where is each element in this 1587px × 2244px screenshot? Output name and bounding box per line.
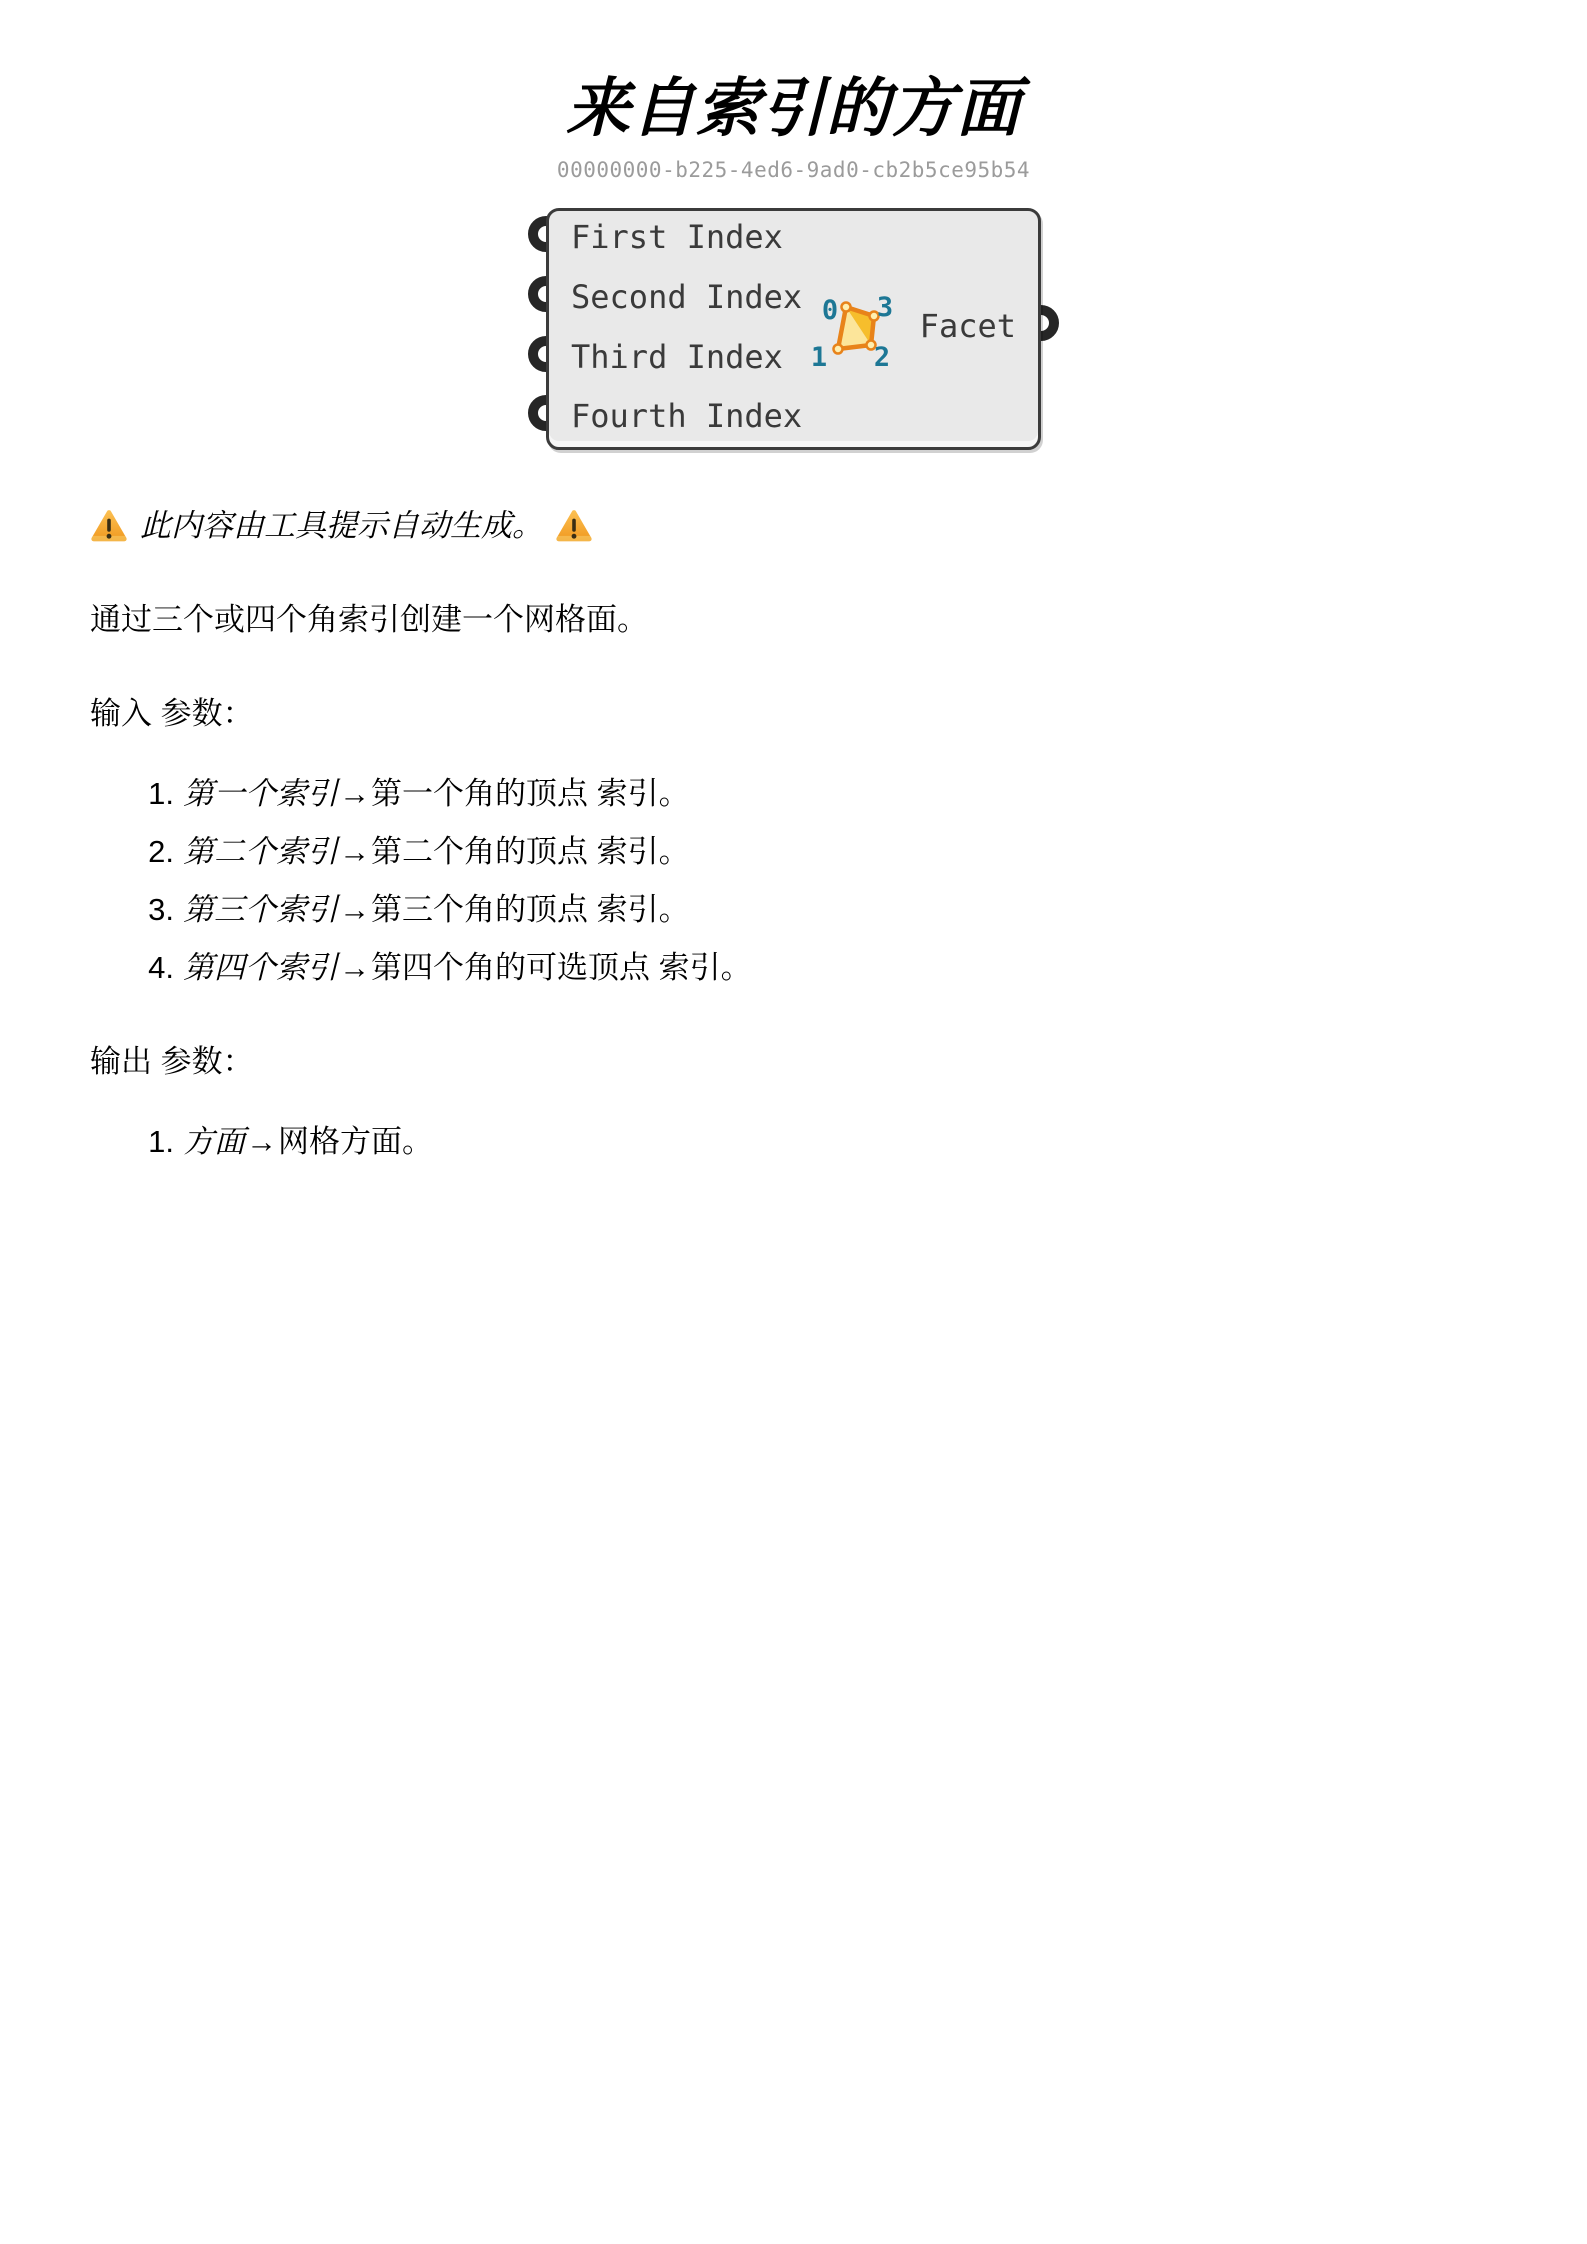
input-label-second-index: Second Index [571, 276, 802, 318]
input-param-item: 4.第四个索引→第四个角的可选顶点 索引。 [138, 946, 1497, 990]
component-uuid: 00000000-b225-4ed6-9ad0-cb2b5ce95b54 [0, 158, 1587, 182]
item-number: 4. [138, 946, 174, 990]
component-description: 通过三个或四个角索引创建一个网格面。 [90, 598, 1497, 642]
doc-header: 来自索引的方面 00000000-b225-4ed6-9ad0-cb2b5ce9… [0, 0, 1587, 182]
arrow-glyph: → [338, 776, 371, 811]
vertex-number-0: 0 [822, 295, 838, 326]
inputs-heading: 输入 参数： [90, 692, 1497, 736]
param-desc: 第二个角的顶点 索引。 [371, 834, 690, 869]
param-desc: 第三个角的顶点 索引。 [371, 892, 690, 927]
auto-generated-warning: 此内容由工具提示自动生成。 [90, 504, 1497, 548]
param-desc: 第四个角的可选顶点 索引。 [371, 950, 752, 985]
param-name: 方面 [183, 1124, 245, 1159]
param-name: 第一个索引 [183, 776, 338, 811]
param-desc: 网格方面。 [278, 1124, 433, 1159]
input-label-fourth-index: Fourth Index [571, 395, 802, 437]
input-label-first-index: First Index [571, 216, 783, 258]
arrow-glyph: → [245, 1124, 278, 1159]
input-param-item: 3.第三个索引→第三个角的顶点 索引。 [138, 888, 1497, 932]
output-label-facet: Facet [920, 305, 1016, 347]
page-title: 来自索引的方面 [0, 62, 1587, 154]
vertex-number-1: 1 [811, 342, 827, 373]
warning-text: 此内容由工具提示自动生成。 [140, 504, 543, 548]
param-name: 第三个索引 [183, 892, 338, 927]
component-diagram: First Index Second Index Third Index Fou… [546, 208, 1041, 450]
warning-icon [90, 508, 128, 544]
outputs-heading: 输出 参数： [90, 1040, 1497, 1084]
vertex-dot-0 [842, 303, 851, 312]
item-number: 3. [138, 888, 174, 932]
item-number: 2. [138, 830, 174, 874]
vertex-number-3: 3 [877, 292, 893, 323]
doc-body: 此内容由工具提示自动生成。 通过三个或四个角索引创建一个网格面。 输入 参数： … [90, 504, 1497, 1164]
arrow-glyph: → [338, 950, 371, 985]
inputs-param-list: 1.第一个索引→第一个角的顶点 索引。 2.第二个索引→第二个角的顶点 索引。 … [90, 772, 1497, 990]
outputs-param-list: 1.方面→网格方面。 [90, 1120, 1497, 1164]
param-name: 第二个索引 [183, 834, 338, 869]
input-label-third-index: Third Index [571, 336, 783, 378]
vertex-dot-1 [834, 345, 843, 354]
output-param-item: 1.方面→网格方面。 [138, 1120, 1497, 1164]
vertex-number-2: 2 [874, 342, 890, 373]
component-box: First Index Second Index Third Index Fou… [546, 208, 1041, 450]
mesh-facet-icon: 0 3 1 2 [805, 286, 901, 374]
item-number: 1. [138, 772, 174, 816]
item-number: 1. [138, 1120, 174, 1164]
input-param-item: 1.第一个索引→第一个角的顶点 索引。 [138, 772, 1497, 816]
param-name: 第四个索引 [183, 950, 338, 985]
param-desc: 第一个角的顶点 索引。 [371, 776, 690, 811]
arrow-glyph: → [338, 834, 371, 869]
warning-icon [555, 508, 593, 544]
arrow-glyph: → [338, 892, 371, 927]
input-param-item: 2.第二个索引→第二个角的顶点 索引。 [138, 830, 1497, 874]
